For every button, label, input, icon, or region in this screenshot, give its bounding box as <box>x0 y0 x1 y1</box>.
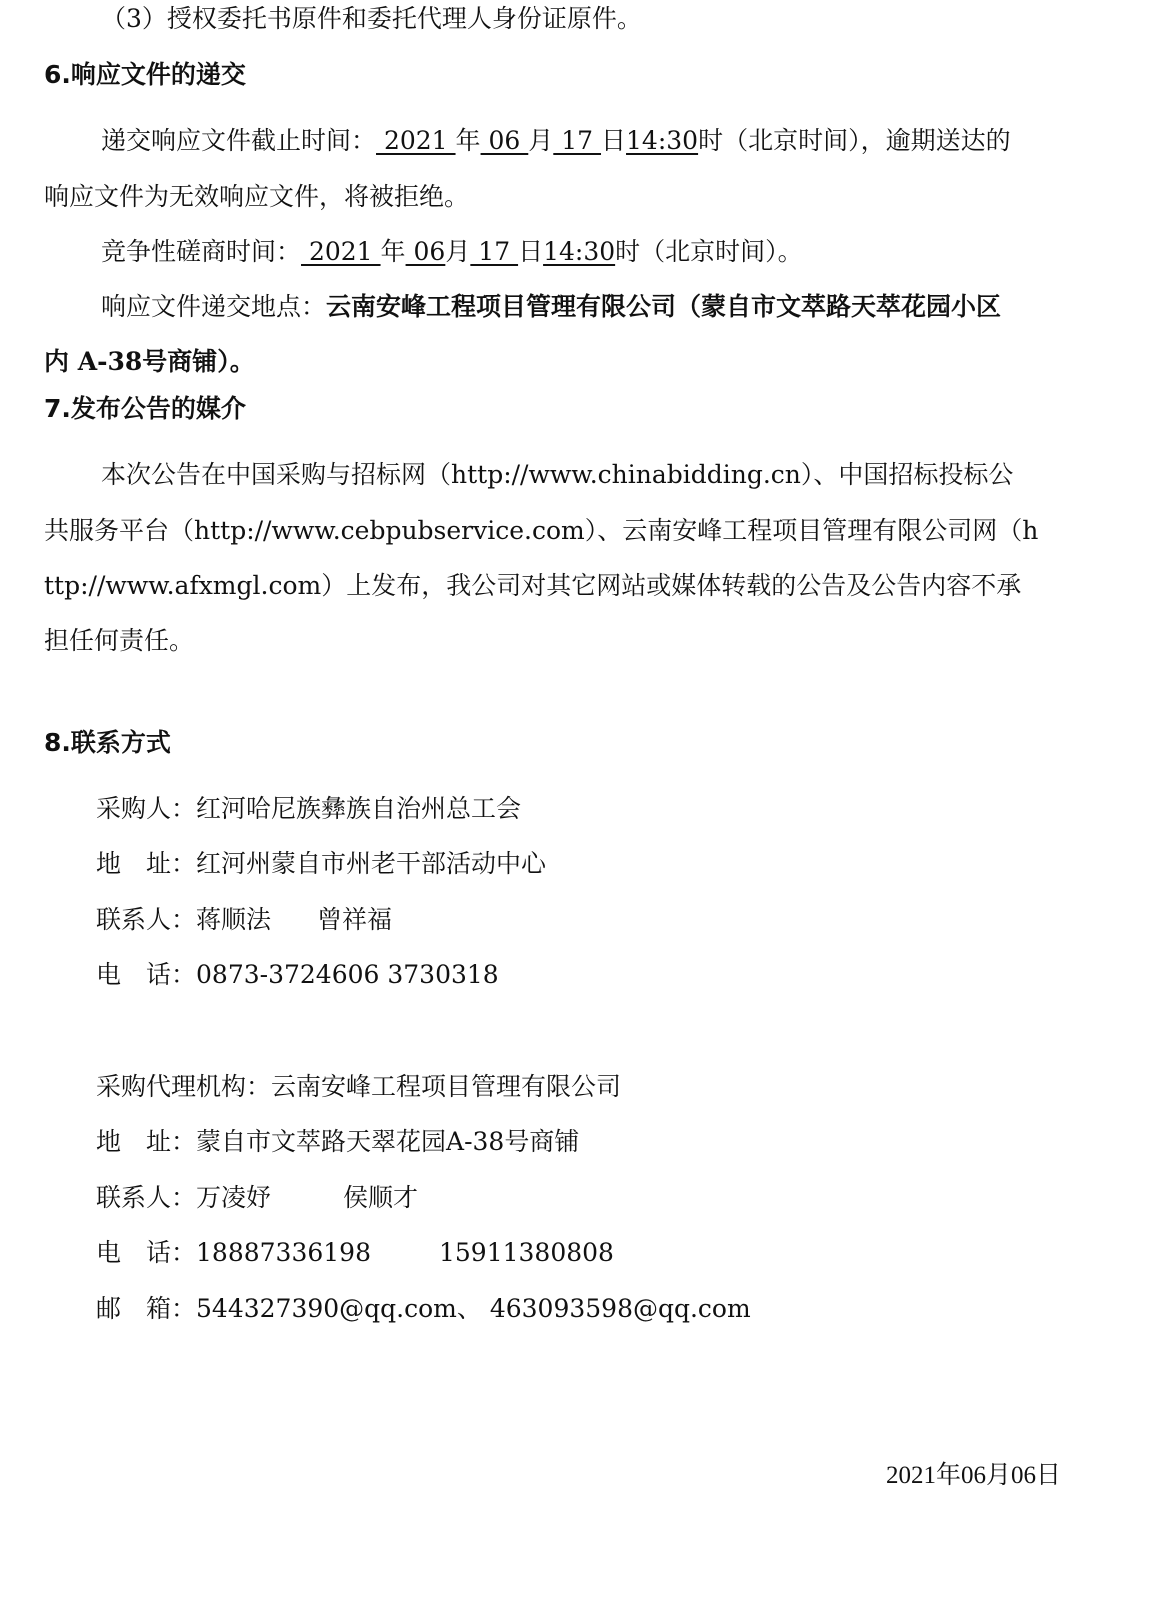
phone-2: 15911380808 <box>439 1238 614 1267</box>
deadline-day: 17 <box>553 126 601 155</box>
label: 采购代理机构： <box>96 1072 271 1101</box>
negotiation-time: 14:30 <box>543 237 615 266</box>
contact-1: 万凌妤 <box>196 1183 271 1212</box>
agency-name: 采购代理机构：云南安峰工程项目管理有限公司 <box>96 1070 621 1104</box>
media-line-1: 本次公告在中国采购与招标网（http://www.chinabidding.cn… <box>101 458 1013 492</box>
day-unit: 日 <box>601 126 626 155</box>
value: 蒙自市文萃路天翠花园A-38号商铺 <box>196 1127 579 1156</box>
label: 联系人： <box>96 905 196 934</box>
label: 电 话： <box>96 960 196 989</box>
month-unit: 月 <box>528 126 553 155</box>
purchaser-contact: 联系人：蒋顺法曾祥福 <box>96 903 392 937</box>
agency-phone: 电 话：1888733619815911380808 <box>96 1236 614 1270</box>
negotiation-line: 竞争性磋商时间： 2021 年 06月 17 日14:30时（北京时间）。 <box>101 235 803 269</box>
label: 电 话： <box>96 1238 196 1267</box>
time-unit: 时（北京时间），逾期送达的 <box>698 126 1011 155</box>
value: 红河州蒙自市州老干部活动中心 <box>196 849 546 878</box>
deadline-month: 06 <box>481 126 529 155</box>
section-8-title: 8.联系方式 <box>44 726 171 760</box>
section-7-title: 7.发布公告的媒介 <box>44 392 246 426</box>
contact-2: 曾祥福 <box>317 905 392 934</box>
time-unit: 时（北京时间）。 <box>615 237 803 266</box>
value: 红河哈尼族彝族自治州总工会 <box>196 794 521 823</box>
contact-2: 侯顺才 <box>343 1183 418 1212</box>
location-label: 响应文件递交地点： <box>101 292 326 321</box>
value: 0873-3724606 3730318 <box>196 960 499 989</box>
negotiation-month: 06 <box>406 237 446 266</box>
day-unit: 日 <box>518 237 543 266</box>
label: 地 址： <box>96 849 196 878</box>
document-date: 2021年06月06日 <box>886 1459 1061 1493</box>
purchaser-phone: 电 话：0873-3724606 3730318 <box>96 958 499 992</box>
location-line: 响应文件递交地点：云南安峰工程项目管理有限公司（蒙自市文萃路天萃花园小区 <box>101 290 1001 324</box>
label: 联系人： <box>96 1183 196 1212</box>
negotiation-label: 竞争性磋商时间： <box>101 237 301 266</box>
location-continuation: 内 A-38号商铺）。 <box>44 345 255 379</box>
item-3-text: （3）授权委托书原件和委托代理人身份证原件。 <box>101 2 642 36</box>
purchaser-name: 采购人：红河哈尼族彝族自治州总工会 <box>96 792 521 826</box>
location-value: 云南安峰工程项目管理有限公司（蒙自市文萃路天萃花园小区 <box>326 292 1001 321</box>
phone-1: 18887336198 <box>196 1238 371 1267</box>
section-6-title: 6.响应文件的递交 <box>44 58 246 92</box>
value[interactable]: 544327390@qq.com、 463093598@qq.com <box>196 1294 751 1323</box>
purchaser-address: 地 址：红河州蒙自市州老干部活动中心 <box>96 847 546 881</box>
media-line-2: 共服务平台（http://www.cebpubservice.com）、云南安峰… <box>44 514 1038 548</box>
contact-1: 蒋顺法 <box>196 905 271 934</box>
deadline-line: 递交响应文件截止时间： 2021 年 06 月 17 日14:30时（北京时间）… <box>101 124 1011 158</box>
deadline-continuation: 响应文件为无效响应文件，将被拒绝。 <box>44 180 469 214</box>
media-line-4: 担任何责任。 <box>44 624 194 658</box>
deadline-time: 14:30 <box>626 126 698 155</box>
agency-email: 邮 箱：544327390@qq.com、 463093598@qq.com <box>96 1292 751 1326</box>
year-unit: 年 <box>381 237 406 266</box>
year-unit: 年 <box>456 126 481 155</box>
deadline-year: 2021 <box>376 126 456 155</box>
deadline-label: 递交响应文件截止时间： <box>101 126 376 155</box>
month-unit: 月 <box>445 237 470 266</box>
negotiation-year: 2021 <box>301 237 381 266</box>
label: 地 址： <box>96 1127 196 1156</box>
label: 采购人： <box>96 794 196 823</box>
negotiation-day: 17 <box>470 237 518 266</box>
label: 邮 箱： <box>96 1294 196 1323</box>
agency-address: 地 址：蒙自市文萃路天翠花园A-38号商铺 <box>96 1125 579 1159</box>
agency-contact: 联系人：万凌妤侯顺才 <box>96 1181 418 1215</box>
media-line-3: ttp://www.afxmgl.com）上发布，我公司对其它网站或媒体转载的公… <box>44 569 1021 603</box>
value: 云南安峰工程项目管理有限公司 <box>271 1072 621 1101</box>
